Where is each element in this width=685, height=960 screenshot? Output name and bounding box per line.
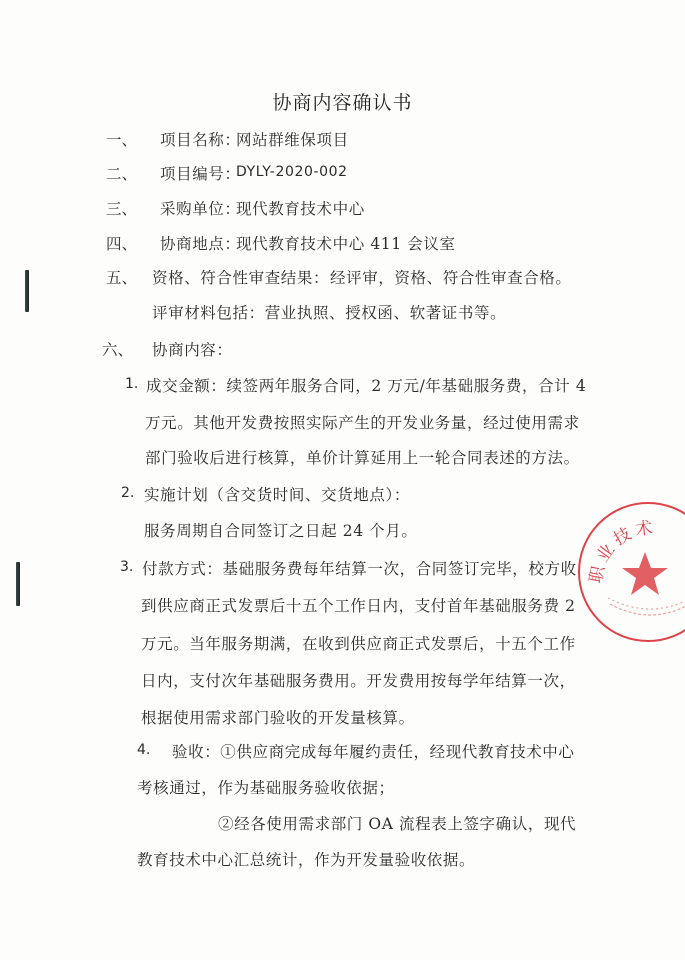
section-index: 一、 xyxy=(106,128,137,150)
binding-mark-top xyxy=(25,270,29,312)
item-number: 2. xyxy=(121,485,134,501)
section-label: 项目名称： xyxy=(160,128,241,150)
document-title: 协商内容确认书 xyxy=(0,88,685,115)
section-index: 五、 xyxy=(106,266,137,288)
section-label: 项目编号： xyxy=(160,162,241,184)
section-value: 现代教育技术中心 411 会议室 xyxy=(236,232,456,254)
item-number: 4. xyxy=(137,742,150,758)
section-label: 采购单位： xyxy=(160,197,241,219)
section-index: 六、 xyxy=(102,338,133,360)
section-index: 四、 xyxy=(106,232,137,254)
section-value: 网站群维保项目 xyxy=(236,128,349,150)
item-line: 万元。其他开发费按照实际产生的开发业务量，经过使用需求 xyxy=(145,411,580,433)
item-line: 服务周期自合同签订之日起 24 个月。 xyxy=(144,519,417,541)
item-line: ②经各使用需求部门 OA 流程表上签字确认，现代 xyxy=(218,812,576,834)
official-stamp: 职业技术 xyxy=(578,502,685,642)
section-index: 二、 xyxy=(106,162,137,184)
item-line: 日内，支付次年基础服务费用。开发费用按每学年结算一次， xyxy=(141,669,576,691)
item-line: 实施计划（含交货时间、交货地点）： xyxy=(144,483,410,505)
section-extra: 评审材料包括：营业执照、授权函、软著证书等。 xyxy=(152,301,506,323)
section-value: DYLY-2020-002 xyxy=(236,164,348,180)
item-line: 验收：①供应商完成每年履约责任，经现代教育技术中心 xyxy=(172,740,575,762)
section-value: 经评审，资格、符合性审查合格。 xyxy=(330,266,572,288)
star-icon xyxy=(622,552,668,595)
section-index: 三、 xyxy=(106,197,137,219)
item-number: 3. xyxy=(120,559,133,575)
item-line: 部门验收后进行核算，单价计算延用上一轮合同表述的方法。 xyxy=(145,446,580,468)
item-line: 考核通过，作为基础服务验收依据； xyxy=(137,776,395,798)
item-line: 教育技术中心汇总统计，作为开发量验收依据。 xyxy=(137,848,475,870)
section-label: 协商地点： xyxy=(160,232,241,254)
section-label: 资格、符合性审查结果： xyxy=(152,266,329,288)
item-line: 万元。当年服务期满，在收到供应商正式发票后，十五个工作 xyxy=(141,632,576,654)
item-line: 根据使用需求部门验收的开发量核算。 xyxy=(141,706,415,728)
document-page: 协商内容确认书 一、 项目名称： 网站群维保项目 二、 项目编号： DYLY-2… xyxy=(0,0,685,960)
item-number: 1. xyxy=(125,376,138,392)
item-line: 到供应商正式发票后十五个工作日内，支付首年基础服务费 2 xyxy=(141,594,576,616)
stamp-graphic: 职业技术 xyxy=(580,504,685,644)
item-line: 付款方式：基础服务费每年结算一次，合同签订完毕，校方收 xyxy=(142,557,577,579)
binding-mark-bottom xyxy=(16,562,20,606)
item-line: 成交金额：续签两年服务合同，2 万元/年基础服务费，合计 4 xyxy=(146,374,586,396)
section-label: 协商内容： xyxy=(152,338,233,360)
section-value: 现代教育技术中心 xyxy=(236,197,365,219)
